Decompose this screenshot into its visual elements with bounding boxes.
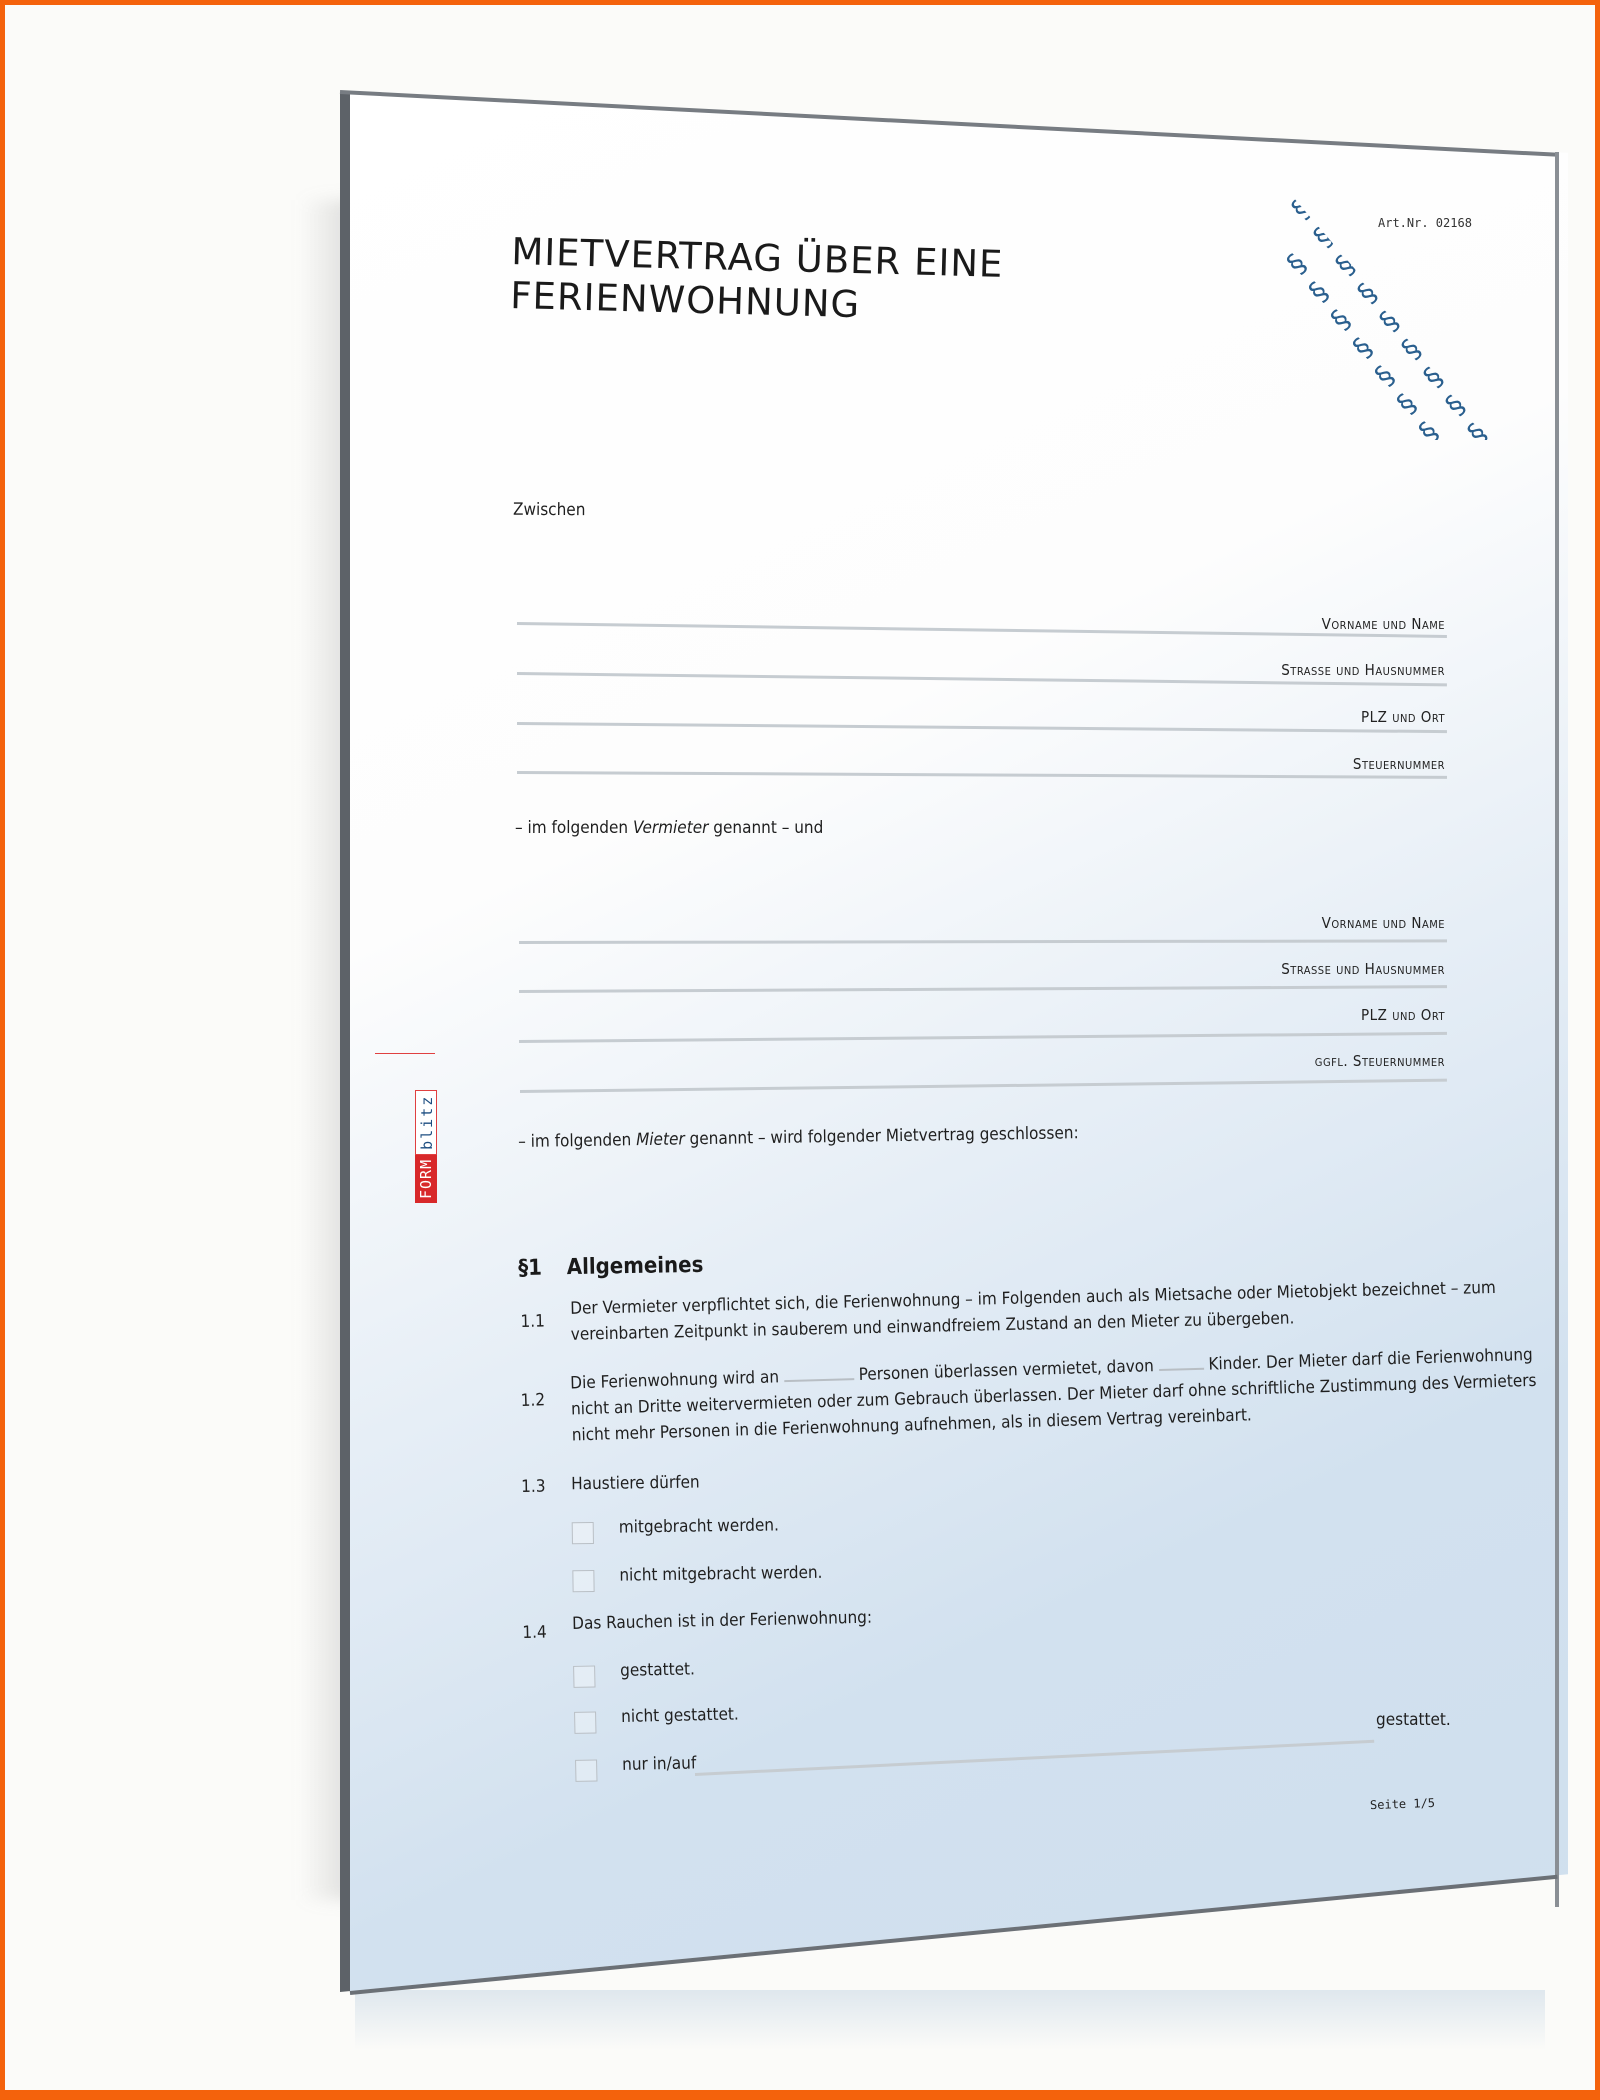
field-label: ggfl. Steuernummer <box>1315 1052 1445 1070</box>
checkbox-smoking-not-allowed[interactable] <box>574 1711 596 1733</box>
signature-line[interactable] <box>517 722 1447 733</box>
article-number: Art.Nr. 02168 <box>1378 216 1472 230</box>
landlord-caption: – im folgenden Vermieter genannt – und <box>515 818 823 838</box>
tenant-caption: – im folgenden Mieter genannt – wird fol… <box>518 1123 1079 1152</box>
field-label: Steuernummer <box>1353 755 1445 773</box>
checkbox-smoking-restricted[interactable] <box>575 1759 597 1781</box>
persons-blank-field[interactable] <box>784 1378 854 1382</box>
checkbox-smoking-allowed[interactable] <box>573 1665 595 1687</box>
checkbox-pets-not-allowed[interactable] <box>572 1570 594 1592</box>
logo-blitz-text: blitz <box>415 1090 437 1155</box>
option-suffix: gestattet. <box>1376 1710 1451 1730</box>
field-label: Vorname und Name <box>1322 914 1445 932</box>
clause-number: 1.1 <box>520 1311 545 1332</box>
signature-line[interactable] <box>517 771 1447 779</box>
section-number: §1 <box>518 1256 542 1281</box>
option-label: gestattet. <box>620 1659 695 1681</box>
signature-line[interactable] <box>519 939 1447 944</box>
section-heading: §1 Allgemeines <box>518 1253 704 1281</box>
document-title: MIETVERTRAG ÜBER EINE FERIENWOHNUNG <box>510 230 1004 331</box>
logo-form-text: FORM <box>415 1155 437 1203</box>
clause-number: 1.3 <box>521 1477 546 1497</box>
clause-text: Das Rauchen ist in der Ferienwohnung: <box>572 1608 872 1634</box>
smoking-location-field[interactable] <box>695 1740 1374 1776</box>
intro-text: Zwischen <box>513 500 586 520</box>
clause-text: Haustiere dürfen <box>571 1473 700 1495</box>
field-label: Strasse und Hausnummer <box>1281 960 1445 978</box>
field-label: PLZ und Ort <box>1361 708 1445 726</box>
signature-line[interactable] <box>517 622 1447 638</box>
option-label: nur in/auf <box>622 1753 696 1775</box>
signature-line[interactable] <box>520 1079 1447 1093</box>
field-label: PLZ und Ort <box>1361 1006 1445 1024</box>
clause-number: 1.4 <box>522 1622 547 1643</box>
option-label: nicht mitgebracht werden. <box>619 1563 822 1586</box>
formblitz-logo: FORM blitz <box>415 1055 437 1203</box>
children-blank-field[interactable] <box>1159 1368 1204 1371</box>
clause-number: 1.2 <box>520 1390 545 1411</box>
field-label: Strasse und Hausnummer <box>1281 661 1445 679</box>
document-content: MIETVERTRAG ÜBER EINE FERIENWOHNUNG Art.… <box>0 0 1600 2100</box>
logo-rule <box>375 1053 435 1054</box>
signature-line[interactable] <box>519 985 1447 993</box>
clause-text: Der Vermieter verpflichtet sich, die Fer… <box>570 1278 1496 1319</box>
field-label: Vorname und Name <box>1322 615 1445 633</box>
option-label: nicht gestattet. <box>621 1704 739 1726</box>
option-label: mitgebracht werden. <box>619 1515 779 1537</box>
section-title: Allgemeines <box>567 1253 704 1280</box>
checkbox-pets-allowed[interactable] <box>572 1522 594 1544</box>
page-indicator: Seite 1/5 <box>1370 1796 1435 1812</box>
signature-line[interactable] <box>519 1032 1447 1043</box>
